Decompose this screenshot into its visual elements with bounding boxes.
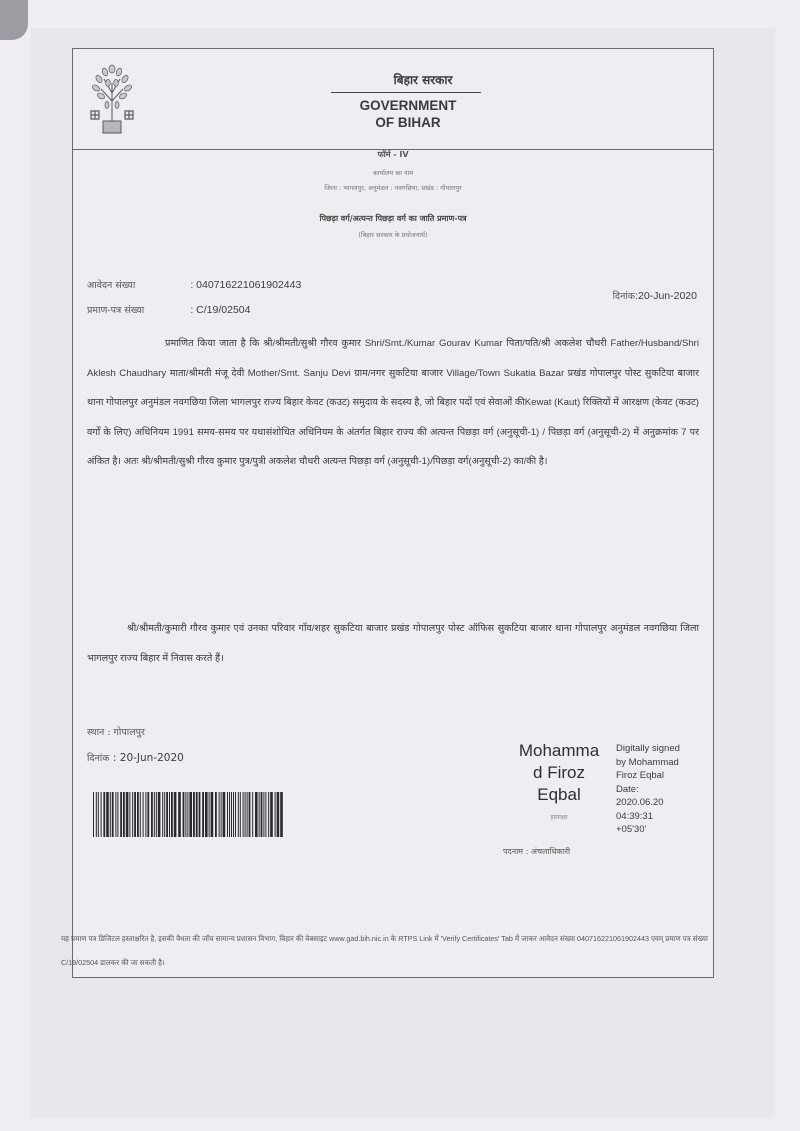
- barcode-icon: [93, 792, 283, 837]
- certificate-body-paragraph: प्रमाणित किया जाता है कि श्री/श्रीमती/सु…: [87, 329, 699, 477]
- issue-date-row: दिनांक:20-Jun-2020: [613, 289, 697, 302]
- signer-designation: पदनाम : अंचलाधिकारी: [503, 846, 570, 857]
- certificate-number: : C/19/02504: [190, 304, 250, 316]
- certificate-frame: बिहार सरकार GOVERNMENT OF BIHAR फॉर्म - …: [72, 48, 714, 978]
- certificate-number-label: प्रमाण-पत्र संख्या: [87, 303, 187, 316]
- application-number-row: आवेदन संख्या : 040716221061902443: [87, 278, 301, 291]
- form-number: फॉर्म - IV: [73, 149, 713, 160]
- digital-signature-stamp: Digitally signed by Mohammad Firoz Eqbal…: [616, 742, 706, 837]
- application-number-label: आवेदन संख्या: [87, 278, 187, 291]
- office-name-label: कार्यालय का नाम: [73, 168, 713, 177]
- bihar-bodhi-tree-emblem-icon: [89, 61, 135, 135]
- signature-label: हस्ताक्षर: [529, 813, 589, 821]
- issue-date-label: दिनांक: [613, 291, 636, 302]
- place-of-issue: स्थान : गोपालपुर: [87, 725, 145, 738]
- certificate-header: बिहार सरकार GOVERNMENT OF BIHAR: [73, 49, 713, 150]
- paper-fold-shadow: [0, 0, 28, 40]
- issue-date: :20-Jun-2020: [635, 290, 697, 302]
- residence-paragraph: श्री/श्रीमती/कुमारी गौरव कुमार एवं उनका …: [87, 614, 699, 674]
- government-title-english: GOVERNMENT OF BIHAR: [333, 97, 483, 131]
- certificate-subtitle: (बिहार सरकार के प्रयोजनार्थ): [73, 230, 713, 239]
- government-title-hindi: बिहार सरकार: [363, 71, 483, 88]
- title-divider: [331, 92, 481, 93]
- certificate-title: पिछड़ा वर्ग/अत्यन्त पिछड़ा वर्ग का जाति …: [73, 213, 713, 224]
- signature-date: : 20-Jun-2020: [113, 752, 184, 764]
- signature-date-label: दिनांक: [87, 753, 110, 764]
- certificate-number-row: प्रमाण-पत्र संख्या : C/19/02504: [87, 303, 250, 316]
- signer-name: Mohamma d Firoz Eqbal: [509, 740, 609, 806]
- signature-date-row: दिनांक : 20-Jun-2020: [87, 751, 184, 764]
- verification-note: यह प्रमाण पत्र डिजिटल हस्ताक्षरित है, इस…: [61, 927, 711, 975]
- application-number: : 040716221061902443: [190, 279, 301, 291]
- office-address: जिला : भागलपुर, अनुमंडल : नवगछिया, प्रखं…: [73, 183, 713, 192]
